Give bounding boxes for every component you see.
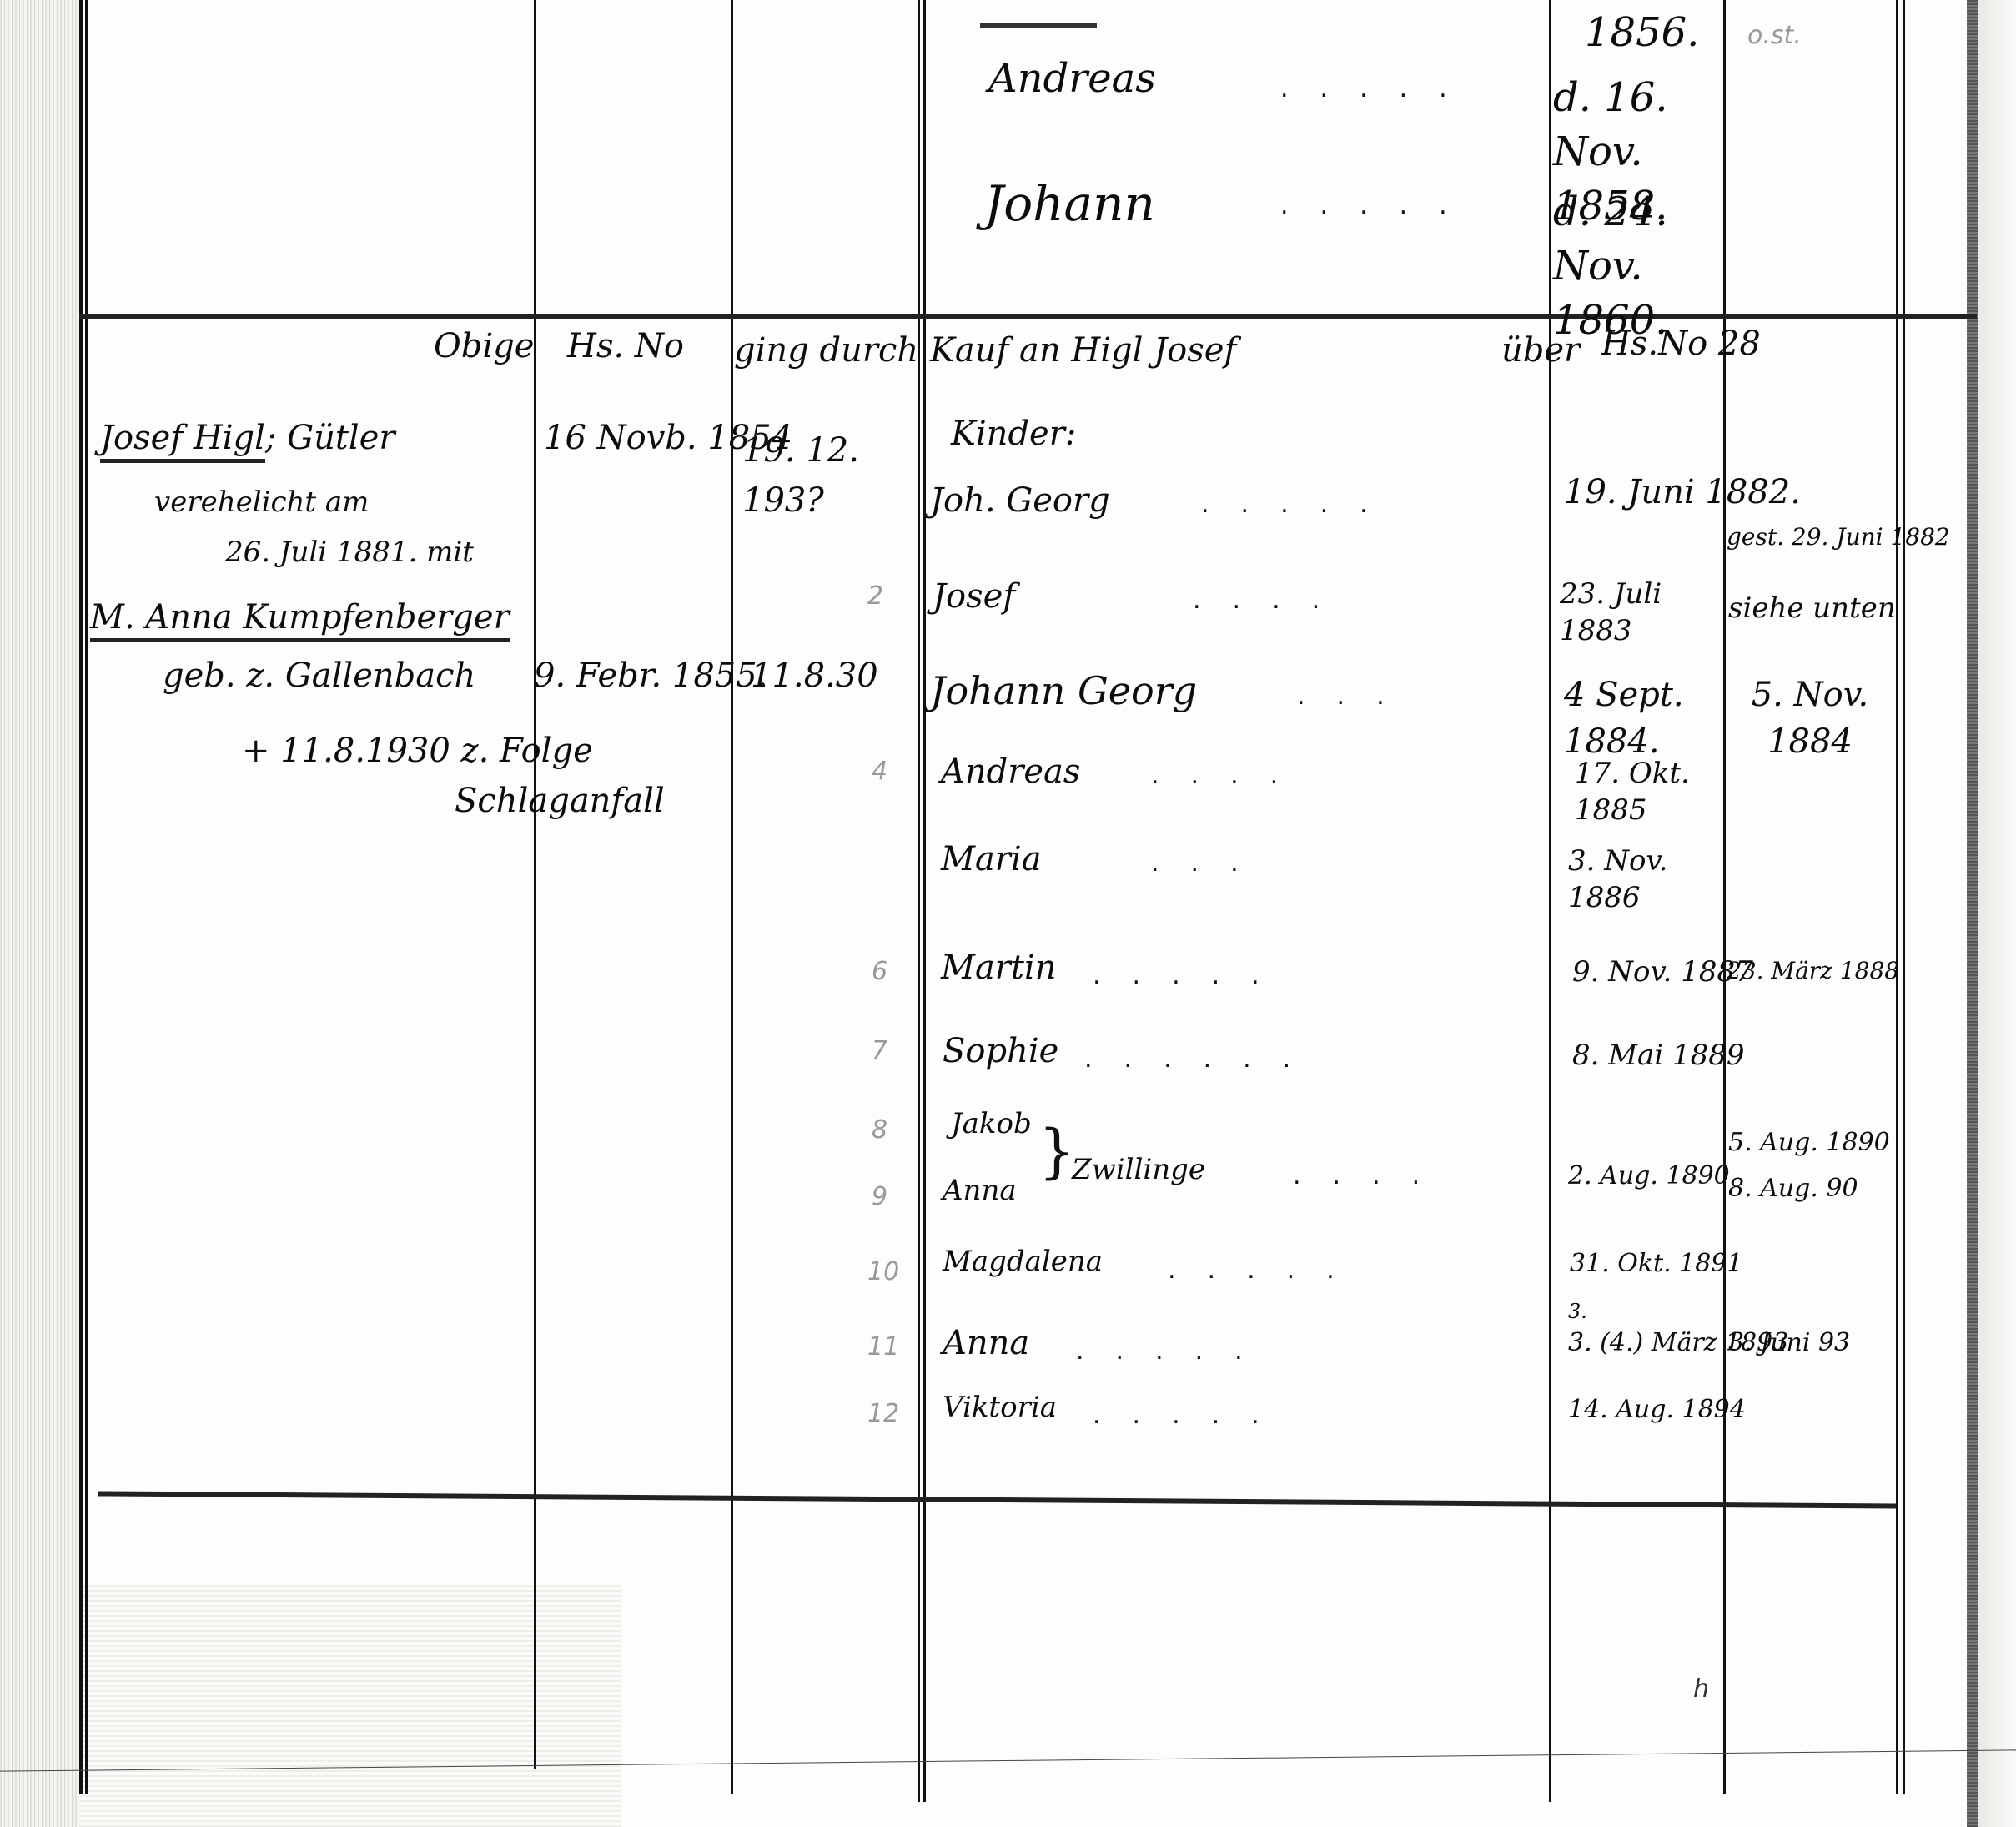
row-number: 7 [872, 1039, 887, 1064]
mother-name: M. Anna Kumpfenberger [90, 598, 510, 642]
right-border-line-1 [1896, 0, 1898, 1794]
dot-leader: .... [1151, 763, 1310, 788]
note-part-6: Hs.No 28 [1601, 327, 1761, 360]
child-birth: 4 Sept. 1884. [1564, 672, 1714, 765]
right-border-line-2 [1903, 0, 1905, 1794]
child-birth: 8. Mai 1889 [1572, 1041, 1745, 1070]
children-col-line-1 [918, 0, 920, 1802]
child-death: 8. Aug. 90 [1728, 1176, 1858, 1201]
father-married-label: verehelicht am [154, 488, 369, 516]
child-birth: 23. Juli 1883 [1560, 576, 1710, 649]
mother-death-cause: Schlaganfall [455, 784, 665, 818]
note-part-5: über [1501, 334, 1580, 367]
child-birth: 14. Aug. 1894 [1568, 1397, 1746, 1422]
note-part-1: Obige [434, 330, 534, 363]
child-birth: 19. Juni 1882. [1564, 476, 1801, 509]
father-death-date: 19. 12. 193? [742, 425, 892, 526]
child-death-col-line [1723, 0, 1726, 1794]
dot-leader: ..... [1201, 492, 1400, 517]
child-birth-col-line [1549, 0, 1551, 1802]
child-death: gest. 29. Juni 1882 [1727, 526, 1950, 549]
child-name: Jakob [951, 1110, 1032, 1138]
child-name-andreas-top: Andreas [988, 58, 1156, 98]
father-name: Josef Higl [100, 419, 265, 463]
dot-leader: .... [1193, 588, 1351, 613]
twins-birth: 2. Aug. 1890 [1568, 1164, 1730, 1189]
child-name: Magdalena [943, 1247, 1103, 1276]
child-birth: 31. Okt. 1891 [1570, 1251, 1743, 1276]
child-name: Anna [943, 1176, 1017, 1205]
margin-mark: h [1693, 1677, 1709, 1702]
father-block: Josef Higl; Gütler [100, 421, 395, 455]
note-part-3: ging durch [734, 334, 918, 367]
row-number: 2 [867, 584, 883, 609]
child-name: Andreas [941, 755, 1080, 788]
note-part-2: Hs. No [567, 330, 684, 363]
paper-stain [79, 1585, 621, 1827]
dot-leader: ..... [1168, 1258, 1366, 1283]
dot-leader: ..... [1280, 194, 1479, 219]
child-death: 5. Aug. 1890 [1728, 1130, 1890, 1155]
child-name: Anna [943, 1326, 1029, 1360]
twins-brace: } [1038, 1122, 1076, 1180]
mother-death-short: 11.8.30 [751, 659, 878, 692]
birth-correction: 3. [1568, 1301, 1587, 1321]
scan-edge-texture [0, 0, 79, 1827]
child-birth: 3. Nov. 1886 [1568, 843, 1677, 916]
child-birth: 17. Okt. 1885 [1575, 755, 1692, 828]
row-number: 12 [867, 1402, 899, 1427]
dot-leader: ..... [1280, 77, 1479, 102]
child-name-johann-top: Johann [984, 179, 1155, 228]
children-col-line-2 [923, 0, 926, 1802]
mother-birth-date: 9. Febr. 1855. [534, 659, 767, 692]
child-name: Sophie [943, 1034, 1058, 1068]
row-number: 8 [872, 1118, 887, 1143]
dot-leader: ... [1151, 851, 1270, 876]
note-part-4: Kauf an Higl Josef [930, 334, 1236, 367]
child-death: 23. März 1888 [1727, 959, 1899, 983]
row-number: 11 [867, 1335, 899, 1360]
book-spine-edge [1967, 0, 1978, 1827]
section-rule-bottom [98, 1491, 1896, 1508]
row-number: 9 [872, 1185, 887, 1210]
page-margin [1978, 0, 2016, 1827]
child-name: Viktoria [943, 1393, 1057, 1422]
partial-year: 1856. [1585, 13, 1699, 53]
strike-rule [980, 23, 1097, 28]
mother-death-note: + 11.8.1930 z. Folge [242, 734, 593, 768]
column-line-death [731, 0, 733, 1794]
father-marriage-date: 26. Juli 1881. mit [225, 538, 474, 566]
children-header: Kinder: [951, 417, 1076, 450]
column-line-birth [534, 0, 536, 1769]
child-death: siehe unten [1728, 594, 1896, 622]
register-page: 1856. Andreas ..... d. 16. Nov. 1858. Jo… [0, 0, 2016, 1827]
child-name: Martin [941, 951, 1057, 984]
row-number: 10 [867, 1260, 899, 1285]
child-name: Joh. Georg [930, 484, 1110, 517]
child-death: 5. Nov. 1884 [1739, 672, 1881, 765]
dot-leader: ..... [1093, 964, 1291, 989]
left-border-line-1 [79, 0, 83, 1794]
row-number: 6 [872, 959, 887, 984]
mother-origin: geb. z. Gallenbach [163, 659, 475, 692]
child-name: Johann Georg [930, 672, 1197, 710]
child-name: Maria [941, 843, 1042, 876]
dot-leader: ..... [1076, 1339, 1274, 1364]
dot-leader: ... [1297, 684, 1416, 709]
child-death: 3. Juni 93 [1728, 1331, 1850, 1356]
child-name: Josef [933, 580, 1015, 613]
row-number: 4 [872, 759, 887, 784]
dot-leader: .... [1293, 1164, 1451, 1189]
dot-leader: ...... [1084, 1047, 1322, 1072]
twins-label: Zwillinge [1072, 1155, 1205, 1184]
mother-name-wrap: M. Anna Kumpfenberger [90, 601, 510, 634]
faint-pencil-note: o.st. [1747, 23, 1802, 48]
left-border-line-2 [85, 0, 88, 1794]
father-occupation: ; Gütler [265, 419, 395, 457]
child-birth-johann-top: d. 24. Nov. 1860. [1553, 185, 1720, 347]
dot-leader: ..... [1093, 1403, 1291, 1428]
